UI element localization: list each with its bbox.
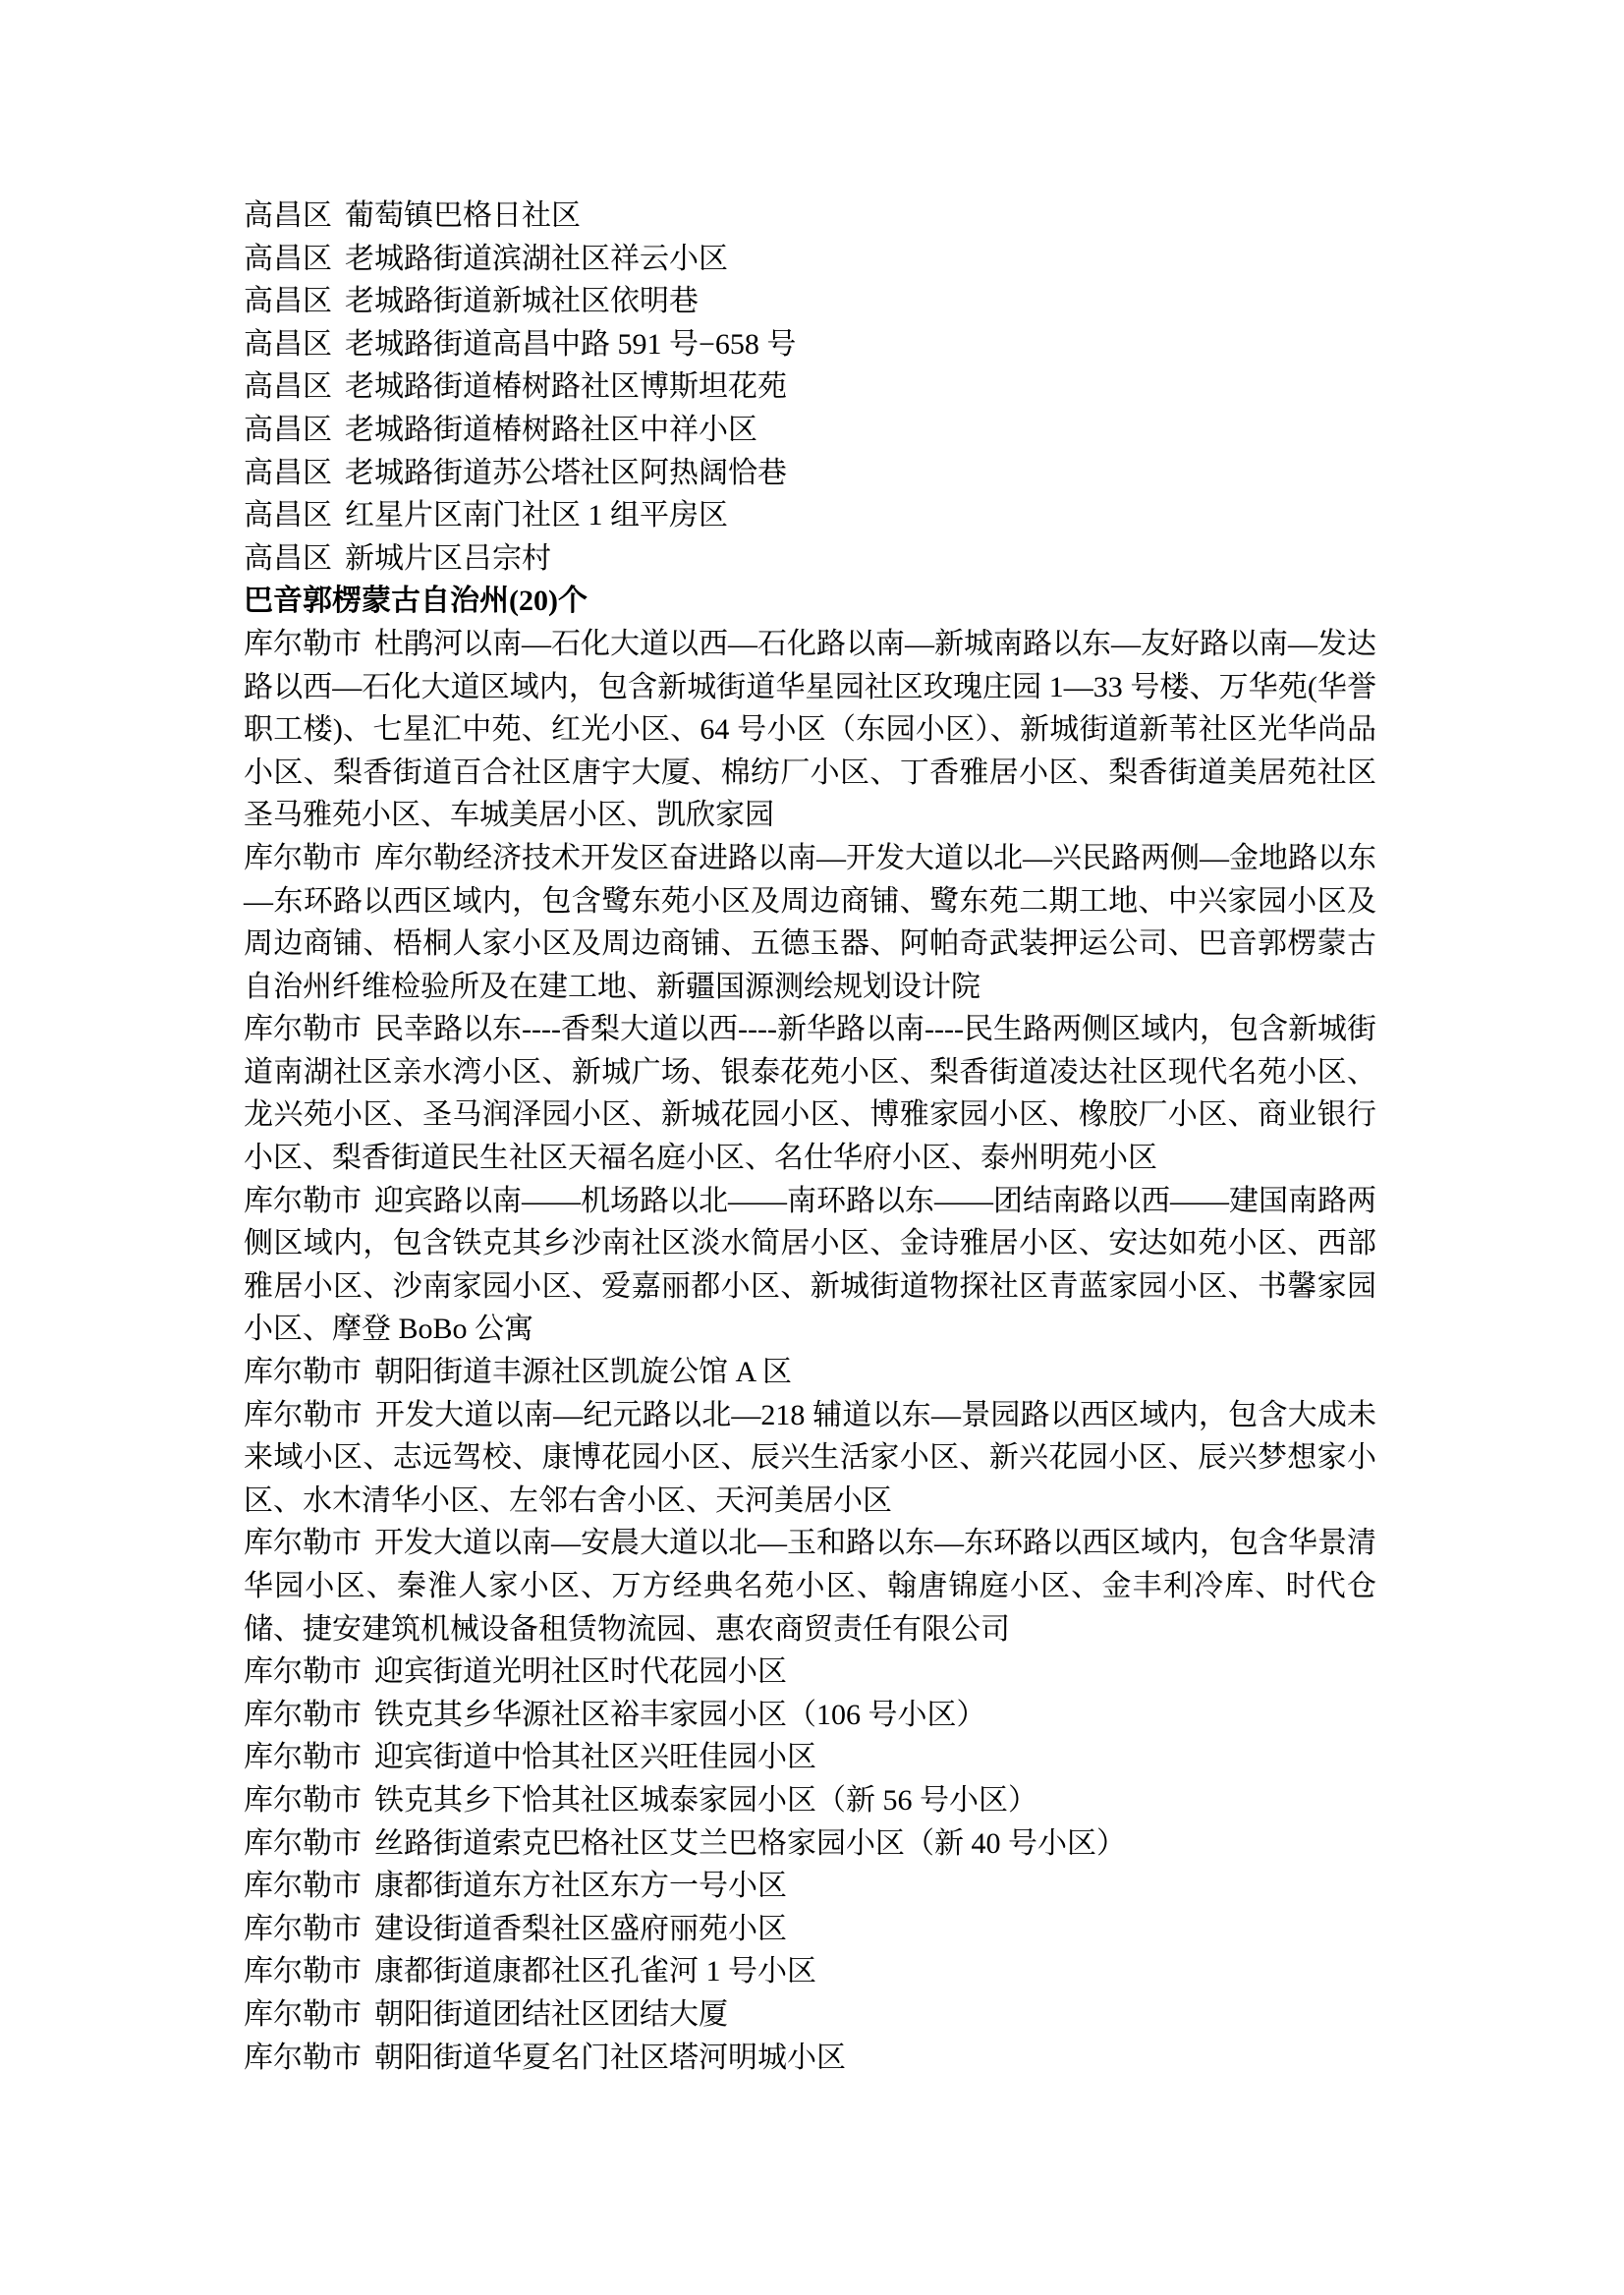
- area-detail: 朝阳街道丰源社区凯旋公馆 A 区: [374, 1356, 792, 1388]
- city-name: 库尔勒市: [244, 1784, 362, 1817]
- area-detail: 康都街道康都社区孔雀河 1 号小区: [374, 1955, 816, 1987]
- list-entry: 库尔勒市朝阳街道丰源社区凯旋公馆 A 区: [244, 1351, 1376, 1394]
- city-name: 库尔勒市: [244, 1955, 362, 1987]
- list-entry: 高昌区老城路街道高昌中路 591 号−658 号: [244, 323, 1376, 366]
- district-name: 高昌区: [244, 414, 332, 446]
- city-name: 库尔勒市: [244, 1655, 362, 1688]
- city-name: 库尔勒市: [244, 2042, 362, 2074]
- list-entry: 库尔勒市迎宾街道中恰其社区兴旺佳园小区: [244, 1736, 1376, 1779]
- area-detail: 铁克其乡下恰其社区城泰家园小区（新 56 号小区）: [374, 1784, 1037, 1817]
- list-entry: 高昌区老城路街道滨湖社区祥云小区: [244, 238, 1376, 281]
- city-name: 库尔勒市: [244, 1913, 362, 1945]
- list-entry: 库尔勒市朝阳街道团结社区团结大厦: [244, 1993, 1376, 2037]
- list-entry: 库尔勒市建设街道香梨社区盛府丽苑小区: [244, 1908, 1376, 1951]
- district-name: 高昌区: [244, 243, 332, 275]
- list-entry: 高昌区老城路街道椿树路社区中祥小区: [244, 409, 1376, 452]
- list-entry: 库尔勒市库尔勒经济技术开发区奋进路以南—开发大道以北—兴民路两侧—金地路以东—东…: [244, 837, 1376, 1008]
- city-name: 库尔勒市: [244, 1998, 362, 2031]
- list-entry: 库尔勒市民幸路以东----香梨大道以西----新华路以南----民生路两侧区域内…: [244, 1008, 1376, 1179]
- section-heading: 巴音郭楞蒙古自治州(20)个: [244, 580, 1376, 623]
- area-detail: 杜鹃河以南—石化大道以西—石化路以南—新城南路以东—友好路以南—发达路以西—石化…: [244, 628, 1376, 831]
- area-detail: 迎宾路以南——机场路以北——南环路以东——团结南路以西——建国南路两侧区域内，包…: [244, 1185, 1376, 1346]
- city-name: 库尔勒市: [244, 842, 362, 874]
- list-entry: 库尔勒市康都街道东方社区东方一号小区: [244, 1865, 1376, 1908]
- list-entry: 高昌区老城路街道新城社区依明巷: [244, 280, 1376, 323]
- district-name: 高昌区: [244, 370, 332, 403]
- city-name: 库尔勒市: [244, 1013, 362, 1045]
- list-entry: 高昌区葡萄镇巴格日社区: [244, 195, 1376, 238]
- list-entry: 库尔勒市迎宾街道光明社区时代花园小区: [244, 1651, 1376, 1694]
- city-name: 库尔勒市: [244, 1699, 362, 1731]
- area-detail: 红星片区南门社区 1 组平房区: [345, 499, 728, 532]
- list-entry: 高昌区老城路街道椿树路社区博斯坦花苑: [244, 365, 1376, 409]
- city-name: 库尔勒市: [244, 628, 362, 660]
- area-detail: 康都街道东方社区东方一号小区: [374, 1870, 787, 1902]
- list-entry: 高昌区老城路街道苏公塔社区阿热阔恰巷: [244, 452, 1376, 495]
- list-entry: 高昌区红星片区南门社区 1 组平房区: [244, 494, 1376, 537]
- area-detail: 朝阳街道团结社区团结大厦: [374, 1998, 728, 2031]
- list-entry: 库尔勒市康都街道康都社区孔雀河 1 号小区: [244, 1950, 1376, 1993]
- area-detail: 开发大道以南—纪元路以北—218 辅道以东—景园路以西区域内，包含大成未来域小区…: [244, 1399, 1376, 1517]
- area-detail: 民幸路以东----香梨大道以西----新华路以南----民生路两侧区域内，包含新…: [244, 1013, 1376, 1174]
- area-detail: 建设街道香梨社区盛府丽苑小区: [374, 1913, 787, 1945]
- district-name: 高昌区: [244, 328, 332, 361]
- list-entry: 库尔勒市铁克其乡华源社区裕丰家园小区（106 号小区）: [244, 1694, 1376, 1737]
- city-name: 库尔勒市: [244, 1741, 362, 1773]
- district-name: 高昌区: [244, 499, 332, 532]
- area-detail: 老城路街道滨湖社区祥云小区: [345, 243, 728, 275]
- area-detail: 库尔勒经济技术开发区奋进路以南—开发大道以北—兴民路两侧—金地路以东—东环路以西…: [244, 842, 1376, 1003]
- city-name: 库尔勒市: [244, 1185, 362, 1217]
- district-name: 高昌区: [244, 542, 332, 575]
- district-name: 高昌区: [244, 457, 332, 489]
- area-detail: 迎宾街道光明社区时代花园小区: [374, 1655, 787, 1688]
- list-entry: 库尔勒市丝路街道索克巴格社区艾兰巴格家园小区（新 40 号小区）: [244, 1822, 1376, 1866]
- list-entry: 库尔勒市开发大道以南—安晨大道以北—玉和路以东—东环路以西区域内，包含华景清华园…: [244, 1522, 1376, 1651]
- area-detail: 铁克其乡华源社区裕丰家园小区（106 号小区）: [374, 1699, 986, 1731]
- city-name: 库尔勒市: [244, 1399, 363, 1431]
- area-detail: 丝路街道索克巴格社区艾兰巴格家园小区（新 40 号小区）: [374, 1827, 1126, 1860]
- area-detail: 开发大道以南—安晨大道以北—玉和路以东—东环路以西区域内，包含华景清华园小区、秦…: [244, 1527, 1376, 1645]
- area-detail: 老城路街道椿树路社区中祥小区: [345, 414, 757, 446]
- district-name: 高昌区: [244, 199, 332, 232]
- list-entry: 库尔勒市迎宾路以南——机场路以北——南环路以东——团结南路以西——建国南路两侧区…: [244, 1180, 1376, 1351]
- city-name: 库尔勒市: [244, 1356, 362, 1388]
- area-detail: 朝阳街道华夏名门社区塔河明城小区: [374, 2042, 846, 2074]
- document-page: 高昌区葡萄镇巴格日社区 高昌区老城路街道滨湖社区祥云小区 高昌区老城路街道新城社…: [244, 195, 1376, 2079]
- city-name: 库尔勒市: [244, 1527, 362, 1559]
- area-detail: 老城路街道苏公塔社区阿热阔恰巷: [345, 457, 787, 489]
- area-detail: 新城片区吕宗村: [345, 542, 551, 575]
- list-entry: 库尔勒市朝阳街道华夏名门社区塔河明城小区: [244, 2037, 1376, 2080]
- area-detail: 老城路街道椿树路社区博斯坦花苑: [345, 370, 787, 403]
- list-entry: 库尔勒市铁克其乡下恰其社区城泰家园小区（新 56 号小区）: [244, 1779, 1376, 1822]
- list-entry: 库尔勒市杜鹃河以南—石化大道以西—石化路以南—新城南路以东—友好路以南—发达路以…: [244, 623, 1376, 837]
- list-entry: 库尔勒市开发大道以南—纪元路以北—218 辅道以东—景园路以西区域内，包含大成未…: [244, 1394, 1376, 1523]
- area-detail: 老城路街道新城社区依明巷: [345, 285, 699, 317]
- district-name: 高昌区: [244, 285, 332, 317]
- area-detail: 葡萄镇巴格日社区: [345, 199, 581, 232]
- city-name: 库尔勒市: [244, 1870, 362, 1902]
- area-detail: 老城路街道高昌中路 591 号−658 号: [345, 328, 796, 361]
- area-detail: 迎宾街道中恰其社区兴旺佳园小区: [374, 1741, 816, 1773]
- list-entry: 高昌区新城片区吕宗村: [244, 537, 1376, 581]
- city-name: 库尔勒市: [244, 1827, 362, 1860]
